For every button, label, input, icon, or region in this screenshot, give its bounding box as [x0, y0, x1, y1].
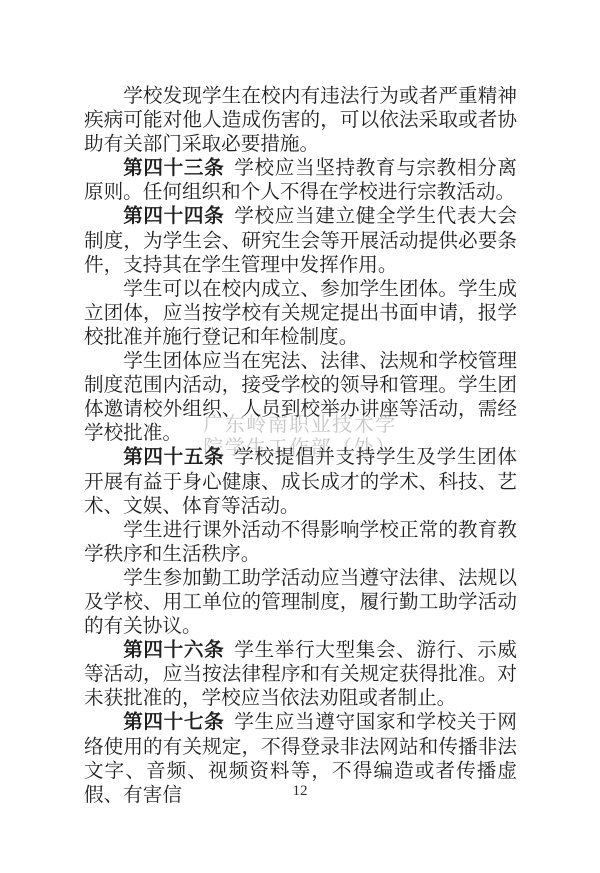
paragraph: 第四十三条学校应当坚持教育与宗教相分离原则。任何组织和个人不得在学校进行宗教活动…: [84, 157, 517, 205]
document-page: 广东岭南职业技术学 院学生工作部（处） 学校发现学生在校内有违法行为或者严重精神…: [0, 0, 600, 873]
article-number: 第四十三条: [123, 158, 224, 179]
paragraph-text: 学生团体应当在宪法、法律、法规和学校管理制度范围内活动，接受学校的领导和管理。学…: [84, 351, 517, 444]
paragraph: 学生进行课外活动不得影响学校正常的教育教学秩序和生活秩序。: [84, 519, 517, 567]
paragraph: 学生参加勤工助学活动应当遵守法律、法规以及学校、用工单位的管理制度，履行勤工助学…: [84, 567, 517, 639]
paragraph-text: 学校发现学生在校内有违法行为或者严重精神疾病可能对他人造成伤害的，可以依法采取或…: [84, 86, 517, 155]
paragraph: 学生可以在校内成立、参加学生团体。学生成立团体，应当按学校有关规定提出书面申请，…: [84, 278, 517, 350]
paragraph: 学生团体应当在宪法、法律、法规和学校管理制度范围内活动，接受学校的领导和管理。学…: [84, 350, 517, 446]
paragraph-text: 学生可以在校内成立、参加学生团体。学生成立团体，应当按学校有关规定提出书面申请，…: [84, 279, 517, 348]
paragraph: 第四十四条学校应当建立健全学生代表大会制度，为学生会、研究生会等开展活动提供必要…: [84, 205, 517, 277]
paragraph: 第四十五条学校提倡并支持学生及学生团体开展有益于身心健康、成长成才的学术、科技、…: [84, 446, 517, 518]
document-body: 学校发现学生在校内有违法行为或者严重精神疾病可能对他人造成伤害的，可以依法采取或…: [84, 85, 517, 808]
article-number: 第四十四条: [123, 206, 224, 227]
paragraph-text: 学生参加勤工助学活动应当遵守法律、法规以及学校、用工单位的管理制度，履行勤工助学…: [84, 568, 517, 637]
article-number: 第四十五条: [123, 447, 224, 468]
page-number: 12: [0, 783, 600, 800]
paragraph-text: 学生进行课外活动不得影响学校正常的教育教学秩序和生活秩序。: [84, 520, 517, 565]
paragraph: 学校发现学生在校内有违法行为或者严重精神疾病可能对他人造成伤害的，可以依法采取或…: [84, 85, 517, 157]
article-number: 第四十六条: [123, 640, 224, 661]
article-number: 第四十七条: [123, 712, 224, 733]
paragraph: 第四十六条学生举行大型集会、游行、示威等活动，应当按法律程序和有关规定获得批准。…: [84, 639, 517, 711]
